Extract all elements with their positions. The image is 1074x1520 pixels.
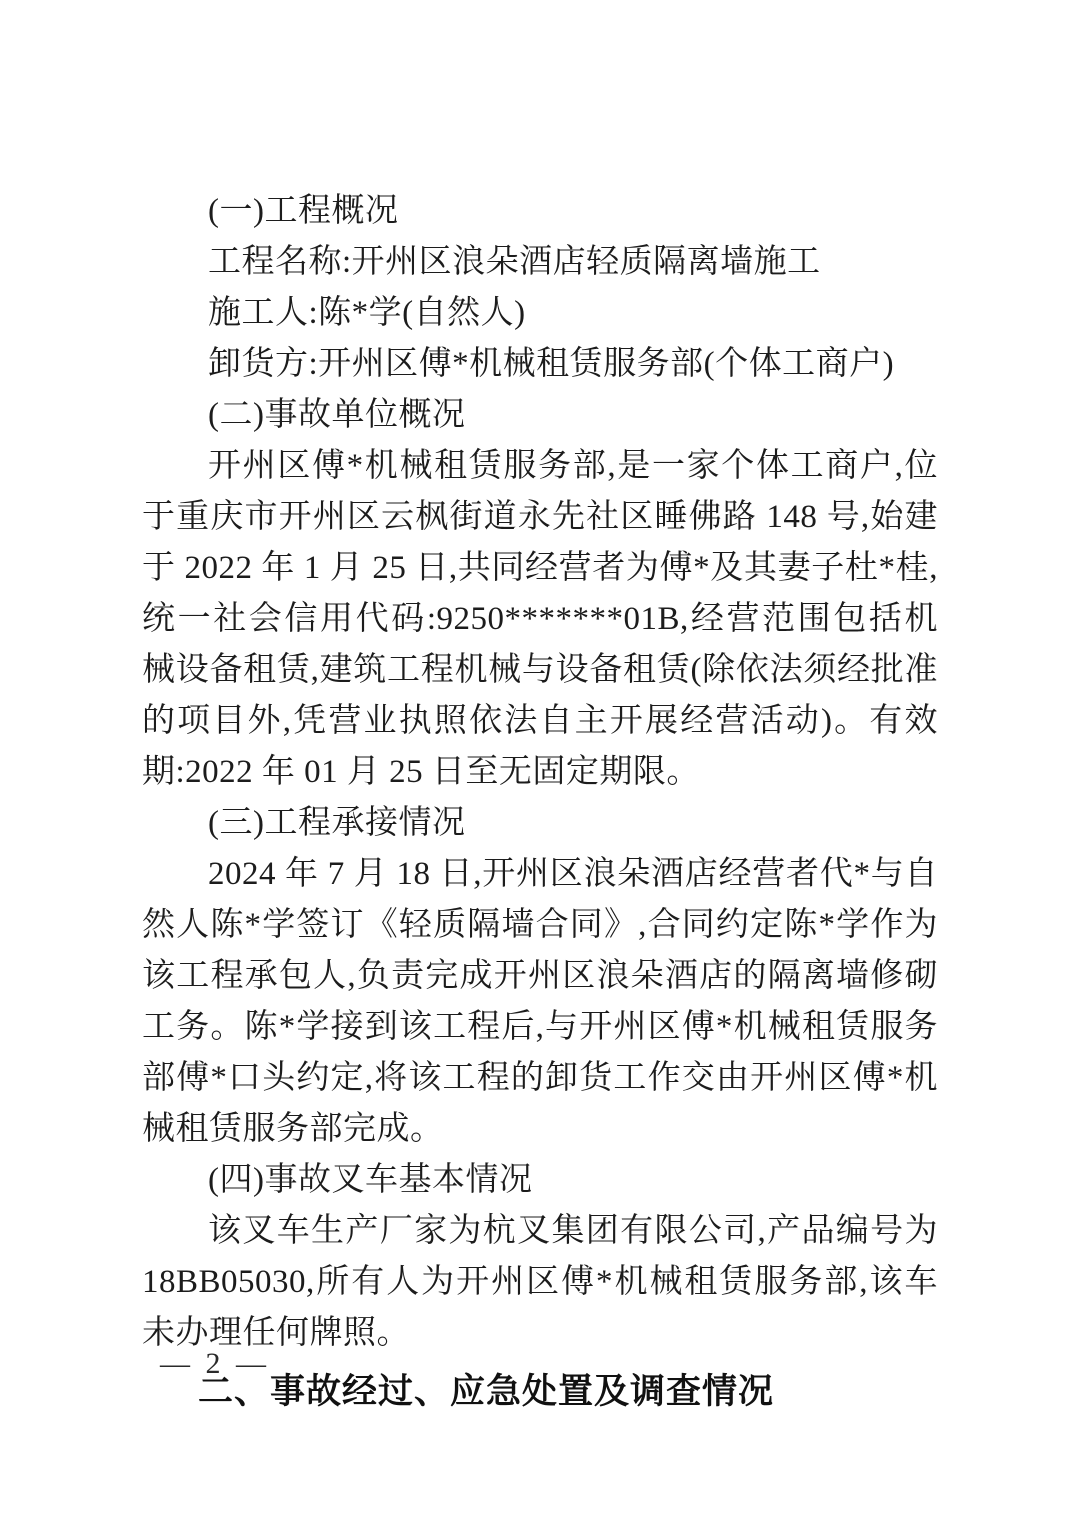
constructor-line: 施工人:陈*学(自然人) (142, 288, 938, 339)
section4-heading: (四)事故叉车基本情况 (142, 1155, 938, 1206)
document-page: (一)工程概况 工程名称:开州区浪朵酒店轻质隔离墙施工 施工人:陈*学(自然人)… (0, 0, 1074, 1520)
section1-heading: (一)工程概况 (142, 186, 938, 237)
section2-paragraph: 开州区傅*机械租赁服务部,是一家个体工商户,位于重庆市开州区云枫街道永先社区睡佛… (142, 441, 938, 798)
section3-paragraph: 2024 年 7 月 18 日,开州区浪朵酒店经营者代*与自然人陈*学签订《轻质… (142, 849, 938, 1155)
document-body: (一)工程概况 工程名称:开州区浪朵酒店轻质隔离墙施工 施工人:陈*学(自然人)… (142, 186, 938, 1419)
unloading-party-line: 卸货方:开州区傅*机械租赁服务部(个体工商户) (142, 339, 938, 390)
page-number: — 2 — (160, 1346, 270, 1382)
section2-heading: (二)事故单位概况 (142, 390, 938, 441)
project-name-line: 工程名称:开州区浪朵酒店轻质隔离墙施工 (142, 237, 938, 288)
section3-heading: (三)工程承接情况 (142, 798, 938, 849)
section4-paragraph: 该叉车生产厂家为杭叉集团有限公司,产品编号为 18BB05030,所有人为开州区… (142, 1206, 938, 1359)
